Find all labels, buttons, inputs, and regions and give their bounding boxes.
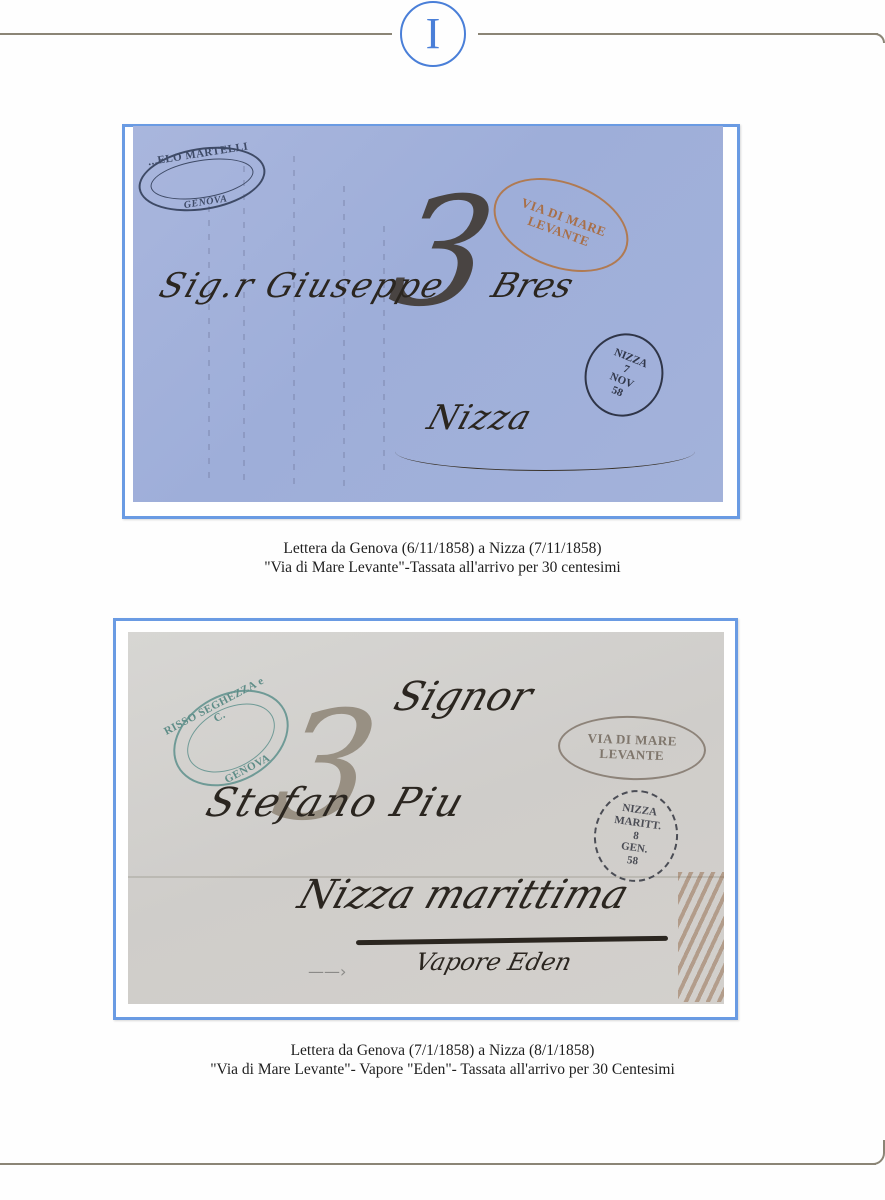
- caption-line-1: Lettera da Genova (7/1/1858) a Nizza (8/…: [0, 1041, 885, 1060]
- page-frame-top-rule-left: [0, 33, 392, 35]
- arrow-icon: ——›: [308, 962, 346, 981]
- cover-caption-2: Lettera da Genova (7/1/1858) a Nizza (8/…: [0, 1041, 885, 1079]
- cover-image-1: ...ELO MARTELLI GENOVA VIA DI MARE LEVAN…: [133, 126, 723, 502]
- arrival-postmark: NIZZA 7 NOV 58: [572, 321, 676, 428]
- bleed-through-line: [383, 226, 385, 476]
- page-frame-top-corner: [872, 33, 885, 43]
- destination-flourish: [395, 432, 695, 471]
- page-frame-top-rule-right: [478, 33, 878, 35]
- stamp-line-2: LEVANTE: [599, 747, 664, 764]
- address-line-1: Sig.r Giuseppe: [155, 266, 451, 306]
- postmark-town: NIZZA: [612, 346, 649, 370]
- salutation: Signor: [389, 674, 539, 720]
- address-line-2: Bres: [487, 266, 579, 306]
- chapter-badge: I: [400, 1, 466, 67]
- postmark-year: 58: [610, 384, 625, 399]
- destination: Nizza marittima: [293, 872, 635, 918]
- bleed-through-line: [208, 206, 210, 486]
- caption-line-2: "Via di Mare Levante"-Tassata all'arrivo…: [0, 558, 885, 577]
- cover-image-2: RISSO SEGHEZZA e C. GENOVA VIA DI MARE L…: [128, 632, 724, 1004]
- bleed-through-line: [243, 166, 245, 486]
- page-frame-bottom-rule: [0, 1163, 876, 1165]
- underline-bar: [356, 936, 668, 945]
- recipient-name: Stefano Piu: [201, 780, 472, 826]
- ink-smudge: [678, 872, 724, 1002]
- route-oval-stamp: VIA DI MARE LEVANTE: [557, 713, 707, 782]
- cover-caption-1: Lettera da Genova (6/11/1858) a Nizza (7…: [0, 539, 885, 577]
- postmark-year: 58: [626, 854, 639, 868]
- caption-line-2: "Via di Mare Levante"- Vapore "Eden"- Ta…: [0, 1060, 885, 1079]
- bleed-through-line: [343, 186, 345, 486]
- bleed-through-line: [293, 156, 295, 486]
- postmark-day: 8: [632, 829, 639, 842]
- sender-oval-stamp: ...ELO MARTELLI GENOVA: [134, 138, 270, 219]
- ship-note: Vapore Eden: [413, 948, 575, 976]
- page-frame-bottom-corner: [870, 1140, 885, 1165]
- caption-line-1: Lettera da Genova (6/11/1858) a Nizza (7…: [0, 539, 885, 558]
